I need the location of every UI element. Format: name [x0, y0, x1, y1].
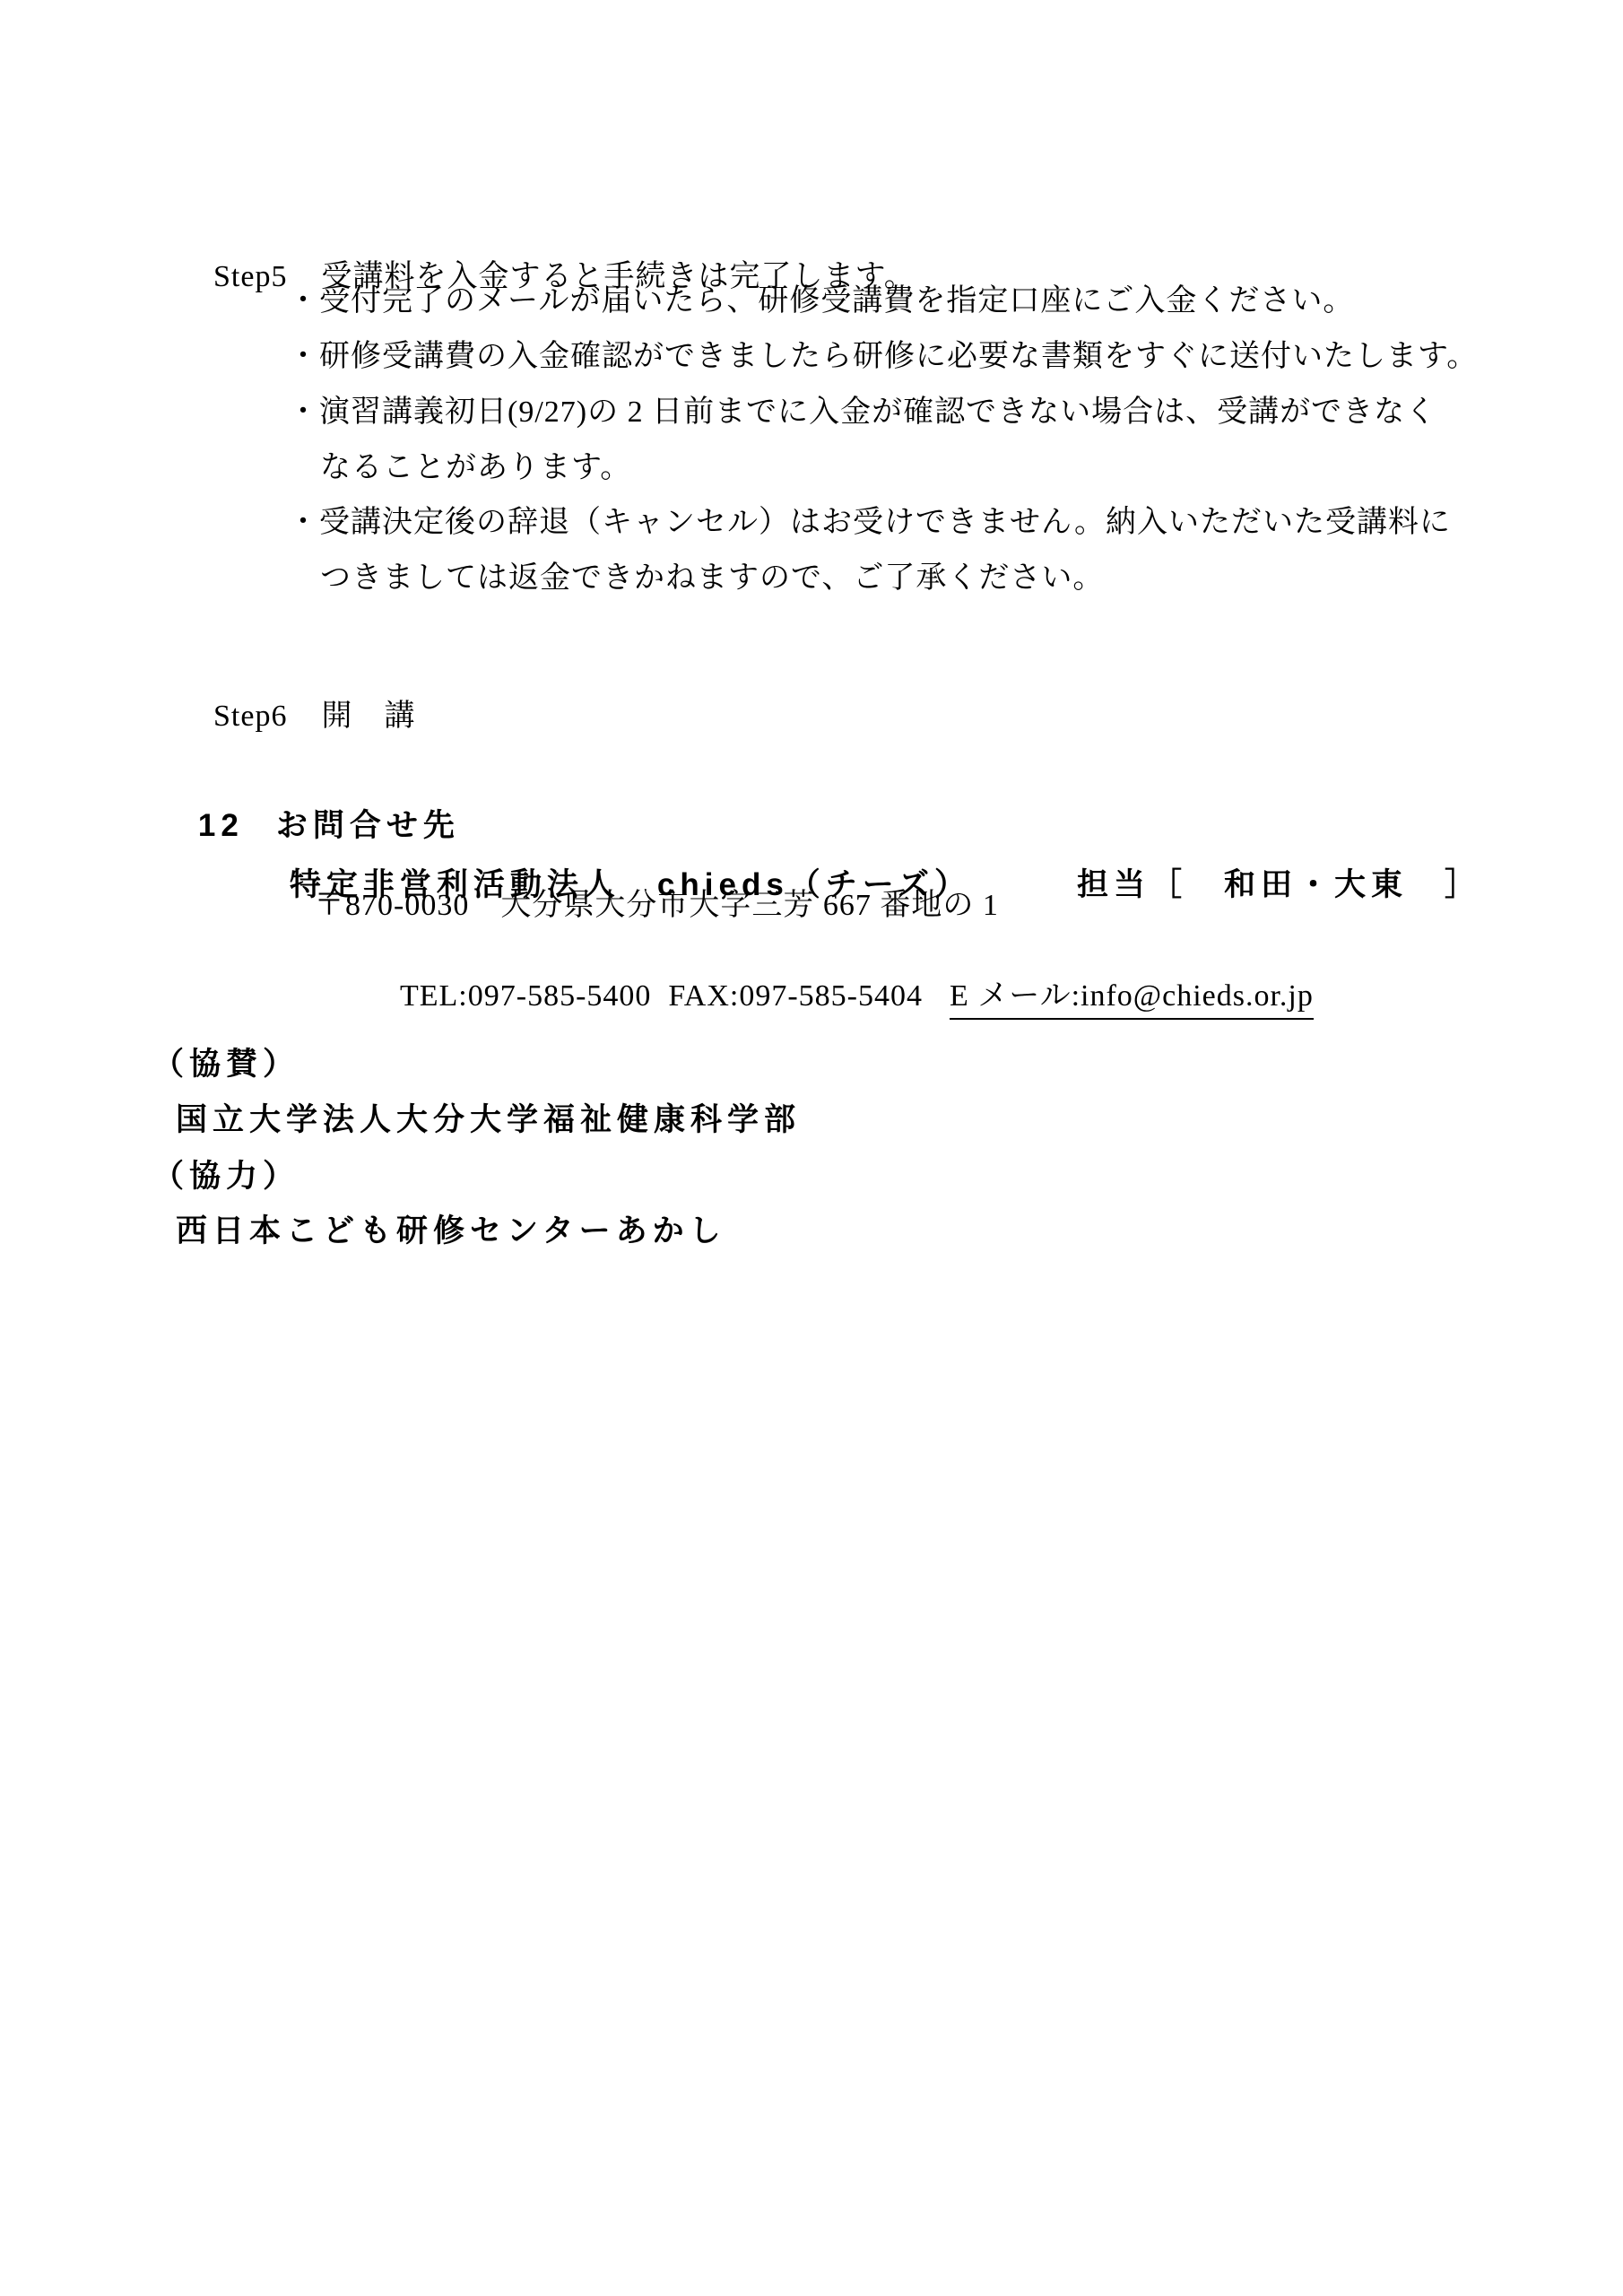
document-page: Step5受講料を入金すると手続きは完了します。 ・受付完了のメールが届いたら、… — [0, 0, 1623, 2296]
cooperation-label: （協力） — [152, 1158, 299, 1196]
cooperation-name: 西日本こども研修センターあかし — [176, 1213, 726, 1250]
contact-person: 担当［ 和田・大東 ］ — [1077, 866, 1481, 904]
step6-label: Step6 — [213, 699, 287, 735]
step6-heading: 開 講 — [321, 699, 415, 735]
step5-bullet-cancellation-line1: ・受講決定後の辞退（キャンセル）はお受けできません。納入いただいた受講料に — [288, 505, 1451, 542]
contact-email-link[interactable]: E メール:info@chieds.or.jp — [950, 978, 1314, 1020]
step5-bullet-deadline-line1: ・演習講義初日(9/27)の 2 日前までに入金が確認できない場合は、受講ができ… — [288, 395, 1436, 431]
step5-label: Step5 — [213, 259, 287, 296]
step5-bullet-payment-instruction: ・受付完了のメールが届いたら、研修受講費を指定口座にご入金ください。 — [288, 283, 1354, 320]
sponsor-name: 国立大学法人大分大学福祉健康科学部 — [176, 1101, 801, 1139]
contact-address: 〒870-0030 大分県大分市大字三芳 667 番地の 1 — [314, 888, 999, 925]
step6-heading-line: Step6開 講 — [179, 662, 415, 771]
step5-bullet-cancellation-line2: つきましては返金できかねますので、ご了承ください。 — [320, 561, 1104, 597]
contact-tel-fax: TEL:097-585-5400 FAX:097-585-5404 — [400, 978, 923, 1015]
sponsor-label: （協賛） — [152, 1046, 299, 1083]
step5-bullet-deadline-line2: なることがあります。 — [320, 450, 631, 487]
contact-tel-fax-line: TEL:097-585-5400 FAX:097-585-5404E メール:i… — [366, 942, 1314, 1056]
step5-bullet-documents-sent: ・研修受講費の入金確認ができましたら研修に必要な書類をすぐに送付いたします。 — [288, 339, 1478, 376]
contact-org-line: 特定非営利活動法人 chieds（チーズ）担当［ 和田・大東 ］ — [233, 829, 1481, 942]
